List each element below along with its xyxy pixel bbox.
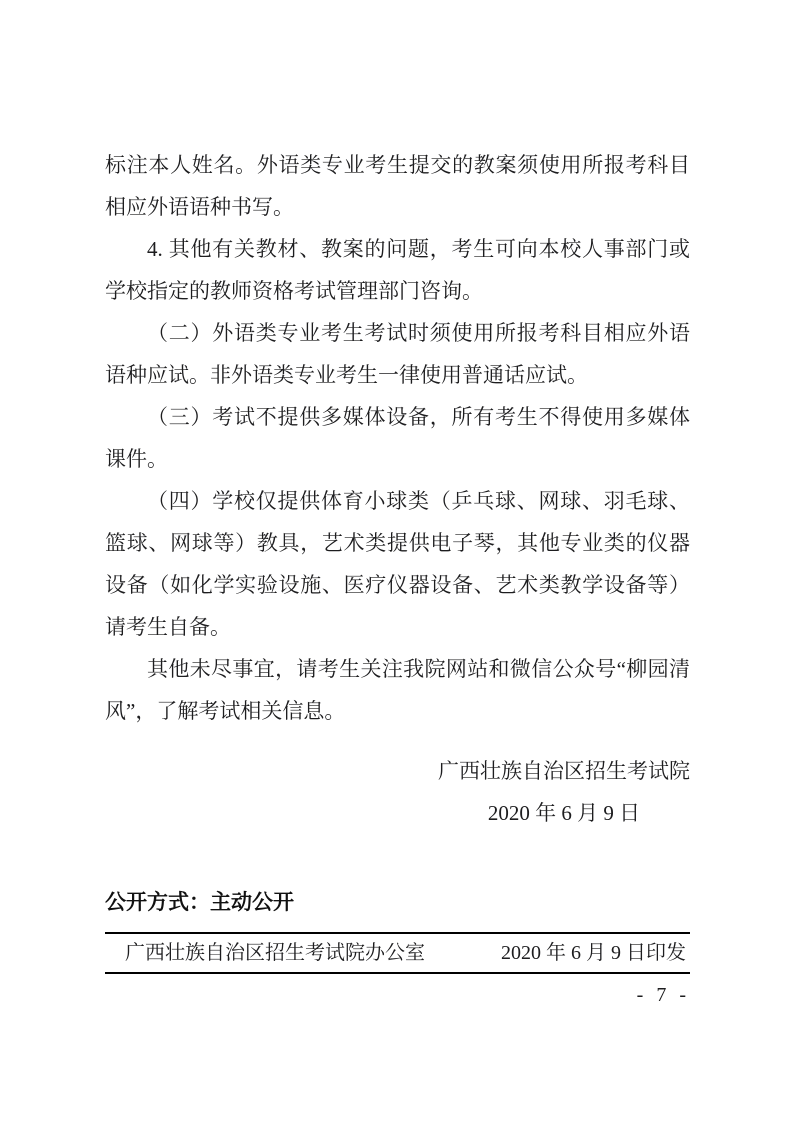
imprint-office: 广西壮族自治区招生考试院办公室 (125, 932, 425, 974)
paragraph: 标注本人姓名。外语类专业考生提交的教案须使用所报考科目相应外语语种书写。 (105, 144, 690, 228)
issue-date: 2020 年 6 月 9 日 (438, 792, 690, 834)
paragraph: 其他未尽事宜，请考生关注我院网站和微信公众号“柳园清风”，了解考试相关信息。 (105, 648, 690, 732)
issuer-name: 广西壮族自治区招生考试院 (438, 750, 690, 792)
document-content: 标注本人姓名。外语类专业考生提交的教案须使用所报考科目相应外语语种书写。4. 其… (105, 0, 690, 1016)
page-number: - 7 - (105, 974, 690, 1016)
paragraph: 4. 其他有关教材、教案的问题，考生可向本校人事部门或学校指定的教师资格考试管理… (105, 228, 690, 312)
document-page: 标注本人姓名。外语类专业考生提交的教案须使用所报考科目相应外语语种书写。4. 其… (0, 0, 793, 1122)
paragraph: （三）考试不提供多媒体设备，所有考生不得使用多媒体课件。 (105, 396, 690, 480)
imprint-print-date: 2020 年 6 月 9 日印发 (501, 932, 686, 974)
signature-block: 广西壮族自治区招生考试院 2020 年 6 月 9 日 (438, 750, 690, 834)
paragraph: （二）外语类专业考生考试时须使用所报考科目相应外语语种应试。非外语类专业考生一律… (105, 312, 690, 396)
paragraph: （四）学校仅提供体育小球类（乒乓球、网球、羽毛球、篮球、网球等）教具，艺术类提供… (105, 480, 690, 648)
imprint-bar: 广西壮族自治区招生考试院办公室 2020 年 6 月 9 日印发 (105, 932, 690, 974)
body-paragraphs: 标注本人姓名。外语类专业考生提交的教案须使用所报考科目相应外语语种书写。4. 其… (105, 144, 690, 732)
disclosure-method-label: 公开方式：主动公开 (105, 882, 690, 924)
